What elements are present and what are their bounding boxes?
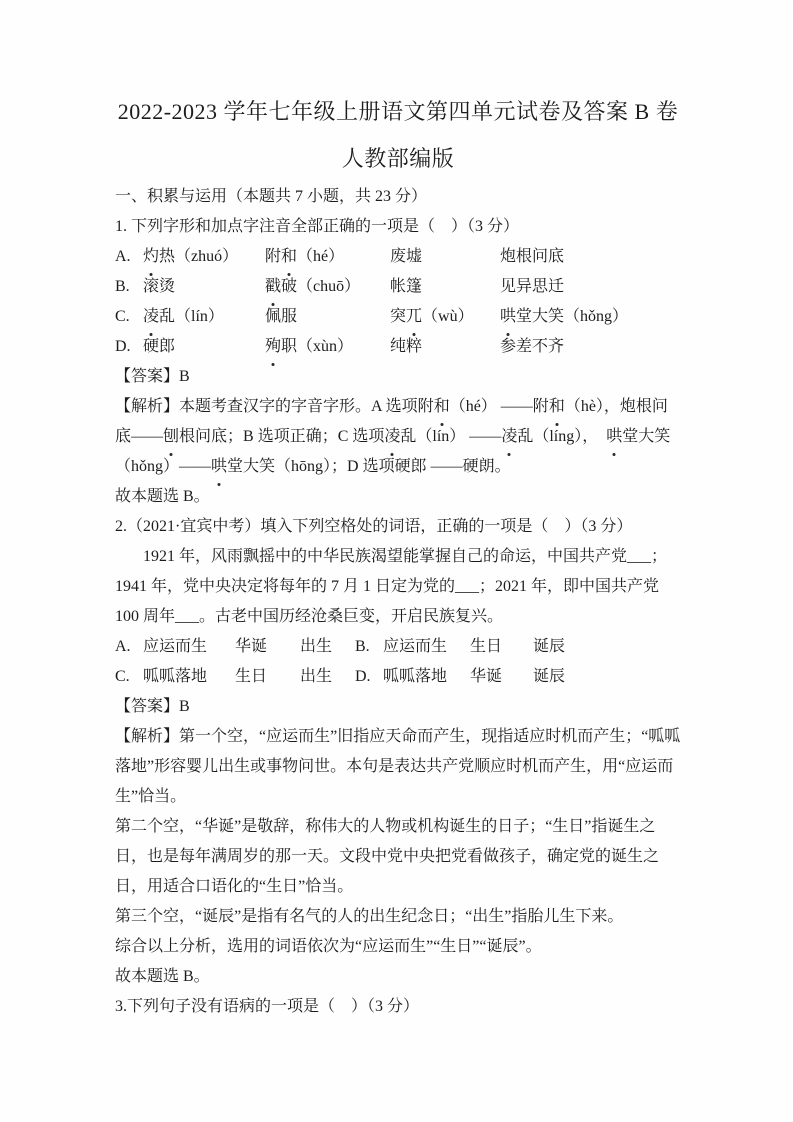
question-1-stem: 1. 下列字形和加点字注音全部正确的一项是（ ）（3 分） <box>115 212 681 242</box>
option-word: 应运而生 <box>383 632 470 662</box>
option-word: 殉职（xùn） <box>265 332 390 362</box>
option-word: 佩服 <box>265 302 390 332</box>
option-label: B. <box>355 632 383 662</box>
option-word: 哄堂大笑（hǒng） <box>500 302 681 332</box>
question-2-options: A. 应运而生 华诞 出生 B. 应运而生 生日 诞辰 C. 呱呱落地 生日 出… <box>115 632 681 692</box>
option-word: 生日 <box>235 662 300 692</box>
option-label: B. <box>115 272 143 302</box>
question-1-option-b: B. 滚烫 戳破（chuō） 帐篷 见异思迁 <box>115 272 681 302</box>
question-3-stem: 3.下列句子没有语病的一项是（ ）（3 分） <box>115 992 681 1022</box>
option-word: 突兀（wù） <box>390 302 500 332</box>
option-word: 硬郎 <box>143 332 265 362</box>
question-1-answer: 【答案】B <box>115 362 681 392</box>
option-label: C. <box>115 302 143 332</box>
question-2-option-row-cd: C. 呱呱落地 生日 出生 D. 呱呱落地 华诞 诞辰 <box>115 662 681 692</box>
question-2-analysis-p2: 第二个空，“华诞”是敬辞，称伟大的人物或机构诞生的日子；“生日”指诞生之日，也是… <box>115 812 681 902</box>
option-word: 生日 <box>470 632 533 662</box>
option-word: 附和（hé） <box>265 242 390 272</box>
option-word: 废墟 <box>390 242 500 272</box>
option-label: D. <box>355 662 383 692</box>
option-label: A. <box>115 242 143 272</box>
question-1-analysis: 【解析】本题考查汉字的字音字形。A 选项附和（hé） ——附和（hè），炮根问底… <box>115 392 681 482</box>
option-word: 滚烫 <box>143 272 265 302</box>
question-2-analysis-p4: 综合以上分析，选用的词语依次为“应运而生”“生日”“诞辰”。 <box>115 932 681 962</box>
option-label: D. <box>115 332 143 362</box>
option-word: 出生 <box>300 662 355 692</box>
option-label: C. <box>115 662 143 692</box>
document-title: 2022-2023 学年七年级上册语文第四单元试卷及答案 B 卷人教部编版 <box>115 88 681 182</box>
question-1-option-d: D. 硬郎 殉职（xùn） 纯粹 参差不齐 <box>115 332 681 362</box>
question-1-conclusion: 故本题选 B。 <box>115 482 681 512</box>
question-2-passage: 1921 年，风雨飘摇中的中华民族渴望能掌握自己的命运，中国共产党___；194… <box>115 542 681 632</box>
option-word: 见异思迁 <box>500 272 681 302</box>
option-word: 纯粹 <box>390 332 500 362</box>
question-1-options: A. 灼热（zhuó） 附和（hé） 废墟 炮根问底 B. 滚烫 戳破（chuō… <box>115 242 681 362</box>
question-2-analysis-p3: 第三个空，“诞辰”是指有名气的人的出生纪念日；“出生”指胎儿生下来。 <box>115 902 681 932</box>
question-1-option-a: A. 灼热（zhuó） 附和（hé） 废墟 炮根问底 <box>115 242 681 272</box>
option-word: 炮根问底 <box>500 242 681 272</box>
option-label: A. <box>115 632 143 662</box>
question-2-stem: 2.（2021·宜宾中考）填入下列空格处的词语，正确的一项是（ ）（3 分） <box>115 512 681 542</box>
option-word: 应运而生 <box>143 632 235 662</box>
section-heading: 一、积累与运用（本题共 7 小题，共 23 分） <box>115 182 681 212</box>
question-2-option-row-ab: A. 应运而生 华诞 出生 B. 应运而生 生日 诞辰 <box>115 632 681 662</box>
option-word: 呱呱落地 <box>143 662 235 692</box>
option-word: 呱呱落地 <box>383 662 470 692</box>
document-body: 2022-2023 学年七年级上册语文第四单元试卷及答案 B 卷人教部编版 一、… <box>115 88 681 1022</box>
question-1-option-c: C. 凌乱（lín） 佩服 突兀（wù） 哄堂大笑（hǒng） <box>115 302 681 332</box>
option-word: 灼热（zhuó） <box>143 242 265 272</box>
question-2-answer: 【答案】B <box>115 692 681 722</box>
option-word: 华诞 <box>235 632 300 662</box>
option-word: 诞辰 <box>533 662 681 692</box>
option-word: 诞辰 <box>533 632 681 662</box>
question-2-conclusion: 故本题选 B。 <box>115 962 681 992</box>
option-word: 参差不齐 <box>500 332 681 362</box>
option-word: 戳破（chuō） <box>265 272 390 302</box>
option-word: 华诞 <box>470 662 533 692</box>
option-word: 凌乱（lín） <box>143 302 265 332</box>
question-2-analysis-p1: 【解析】第一个空，“应运而生”旧指应天命而产生，现指适应时机而产生；“呱呱落地”… <box>115 722 681 812</box>
option-word: 出生 <box>300 632 355 662</box>
option-word: 帐篷 <box>390 272 500 302</box>
exam-document-page: 2022-2023 学年七年级上册语文第四单元试卷及答案 B 卷人教部编版 一、… <box>0 0 793 1122</box>
